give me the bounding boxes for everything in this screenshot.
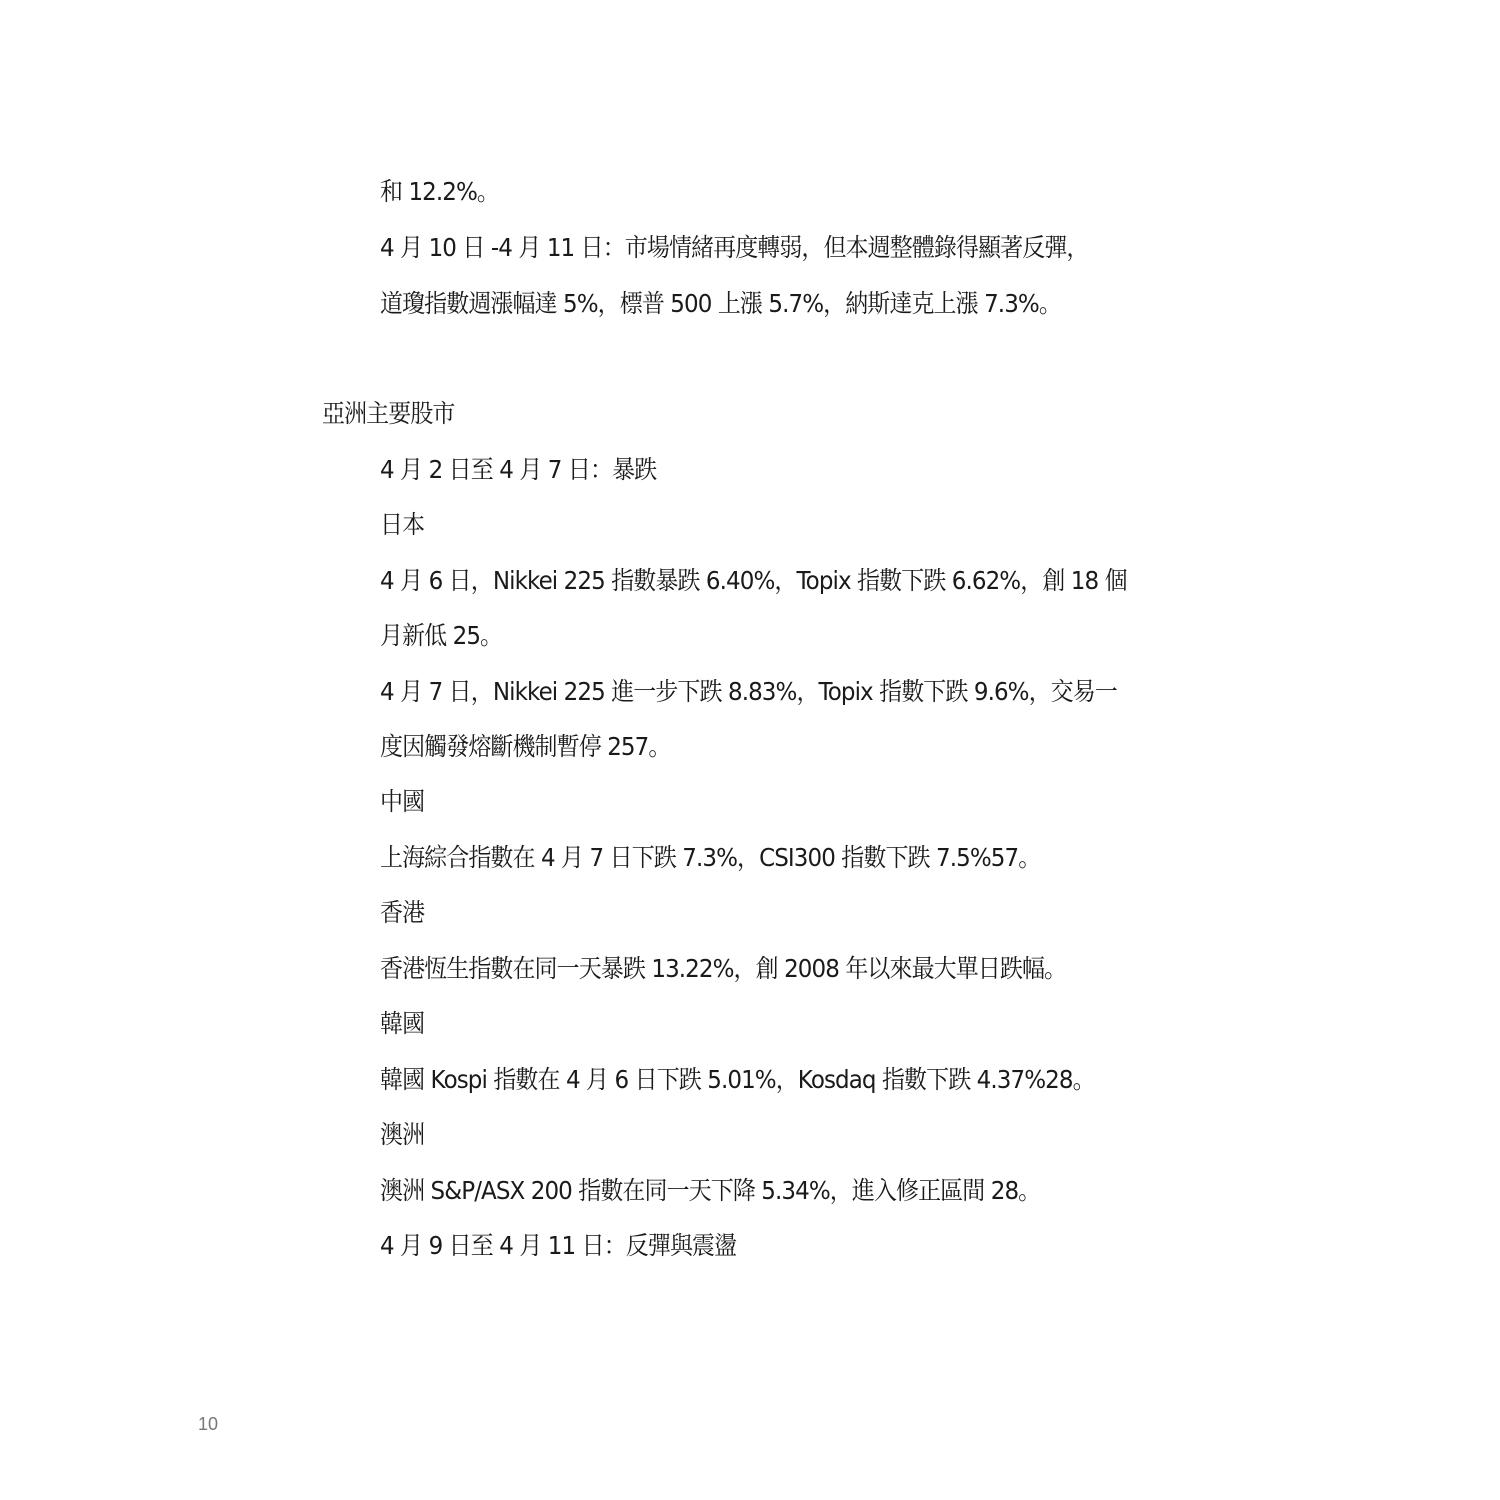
paragraph-line: 度因觸發熔斷機制暫停 257。 xyxy=(380,731,670,763)
paragraph-line: 韓國 Kospi 指數在 4 月 6 日下跌 5.01%，Kosdaq 指數下跌… xyxy=(380,1064,1095,1096)
paragraph-line: 澳洲 S&P/ASX 200 指數在同一天下降 5.34%，進入修正區間 28。 xyxy=(380,1175,1040,1207)
paragraph-line: 4 月 7 日，Nikkei 225 進一步下跌 8.83%，Topix 指數下… xyxy=(380,676,1117,708)
section-heading: 亞洲主要股市 xyxy=(322,398,454,430)
region-label: 韓國 xyxy=(380,1008,424,1040)
paragraph-line: 4 月 6 日，Nikkei 225 指數暴跌 6.40%，Topix 指數下跌… xyxy=(380,565,1127,597)
subsection-heading: 4 月 9 日至 4 月 11 日：反彈與震盪 xyxy=(380,1230,736,1262)
region-label: 日本 xyxy=(380,509,424,541)
subsection-heading: 4 月 2 日至 4 月 7 日：暴跌 xyxy=(380,454,656,486)
region-label: 中國 xyxy=(380,786,424,818)
paragraph-line: 和 12.2%。 xyxy=(380,176,499,208)
paragraph-line: 香港恆生指數在同一天暴跌 13.22%，創 2008 年以來最大單日跌幅。 xyxy=(380,953,1066,985)
paragraph-line: 4 月 10 日 -4 月 11 日：市場情緒再度轉弱，但本週整體錄得顯著反彈， xyxy=(380,232,1088,264)
paragraph-line: 月新低 25。 xyxy=(380,620,502,652)
page-number: 10 xyxy=(198,1414,218,1435)
region-label: 香港 xyxy=(380,897,424,929)
paragraph-line: 上海綜合指數在 4 月 7 日下跌 7.3%，CSI300 指數下跌 7.5%5… xyxy=(380,842,1040,874)
region-label: 澳洲 xyxy=(380,1119,424,1151)
paragraph-line: 道瓊指數週漲幅達 5%，標普 500 上漲 5.7%，納斯達克上漲 7.3%。 xyxy=(380,288,1061,320)
